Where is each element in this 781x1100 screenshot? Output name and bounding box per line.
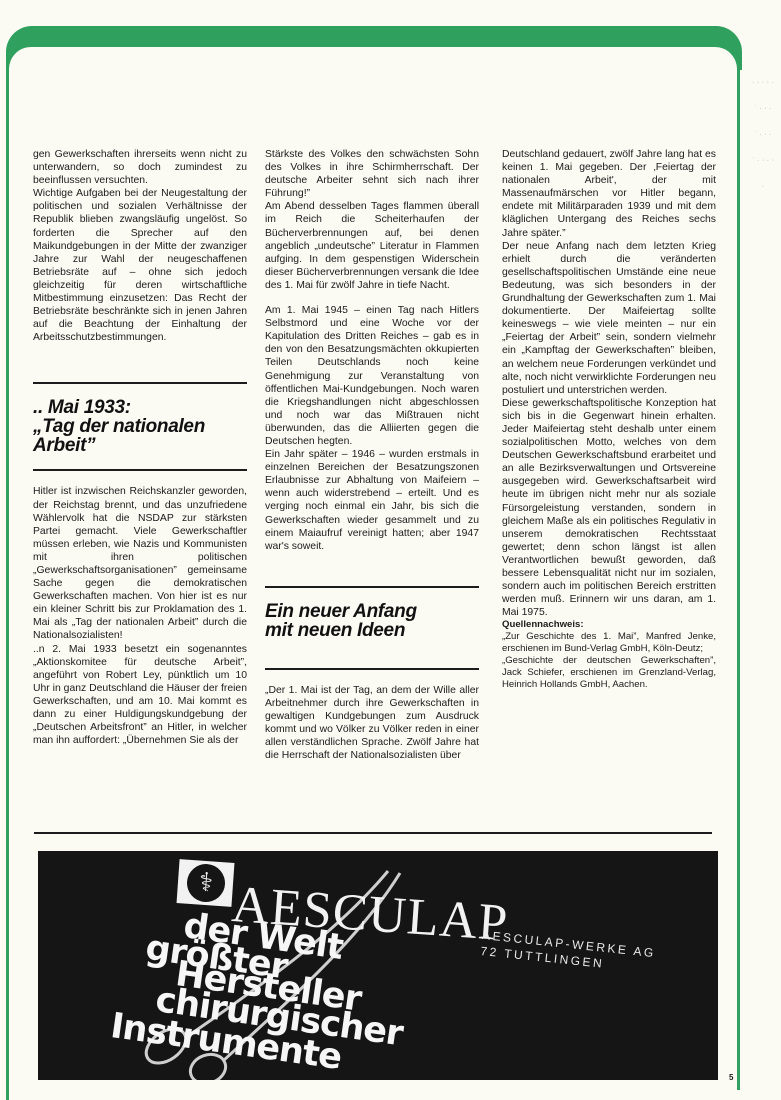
heading-line: mit neuen Ideen bbox=[265, 621, 479, 640]
scan-margin-specks: · ‧ · ‧ · ˙ · ‧ · ˙ · ‧ · ˙ · ‧ · ‧ · bbox=[752, 70, 774, 570]
section-divider bbox=[265, 586, 479, 588]
paragraph: Stärkste des Volkes den schwächsten Sohn… bbox=[265, 148, 479, 200]
paragraph: Der neue Anfang nach dem letzten Krieg e… bbox=[502, 240, 716, 397]
frame-inner-mask bbox=[9, 47, 737, 107]
green-frame-left bbox=[6, 60, 9, 1100]
heading-line: „Tag der nationalen bbox=[33, 417, 247, 436]
article-column-3: Deutschland gedauert, zwölf Jahre lang h… bbox=[502, 148, 716, 691]
section-heading-neuer-anfang: Ein neuer Anfang mit neuen Ideen bbox=[265, 602, 479, 640]
paragraph: Hitler ist inzwischen Reichskanzler gewo… bbox=[33, 485, 247, 642]
paragraph: „Der 1. Mai ist der Tag, an dem der Will… bbox=[265, 684, 479, 763]
paragraph: ..n 2. Mai 1933 besetzt ein sogenanntes … bbox=[33, 643, 247, 748]
paragraph: Deutschland gedauert, zwölf Jahre lang h… bbox=[502, 148, 716, 240]
article-column-2: Stärkste des Volkes den schwächsten Sohn… bbox=[265, 148, 479, 762]
source-entry: „Geschichte der deutschen Gewerkschaften… bbox=[502, 655, 716, 691]
heading-line: Arbeit” bbox=[33, 436, 247, 455]
aesculap-advertisement: ⚕ AESCULAP der Welt größter Hersteller c… bbox=[38, 851, 718, 1080]
page-divider bbox=[34, 832, 712, 834]
section-heading-mai-1933: .. Mai 1933: „Tag der nationalen Arbeit” bbox=[33, 398, 247, 455]
sources-title: Quellennachweis: bbox=[502, 619, 716, 631]
article-column-1: gen Gewerkschaften ihrerseits wenn nicht… bbox=[33, 148, 247, 747]
green-frame-right bbox=[737, 60, 740, 1090]
page-number: 5 bbox=[729, 1073, 733, 1082]
source-entry: „Zur Geschichte des 1. Mai”, Manfred Jen… bbox=[502, 631, 716, 655]
aesculap-logo: ⚕ bbox=[177, 859, 235, 907]
paragraph: Am 1. Mai 1945 – einen Tag nach Hitlers … bbox=[265, 304, 479, 448]
paragraph: Ein Jahr später – 1946 – wurden erstmals… bbox=[265, 448, 479, 553]
heading-line: .. Mai 1933: bbox=[33, 398, 247, 417]
paragraph: Diese gewerkschaftspolitische Konzeption… bbox=[502, 397, 716, 620]
section-divider bbox=[33, 382, 247, 384]
paragraph: gen Gewerkschaften ihrerseits wenn nicht… bbox=[33, 148, 247, 187]
aesculapian-staff-icon: ⚕ bbox=[186, 863, 227, 904]
sources-section: Quellennachweis: „Zur Geschichte des 1. … bbox=[502, 619, 716, 691]
paragraph: Wichtige Aufgaben bei der Neugestaltung … bbox=[33, 187, 247, 344]
heading-line: Ein neuer Anfang bbox=[265, 602, 479, 621]
paragraph: Am Abend desselben Tages flammen überall… bbox=[265, 200, 479, 292]
